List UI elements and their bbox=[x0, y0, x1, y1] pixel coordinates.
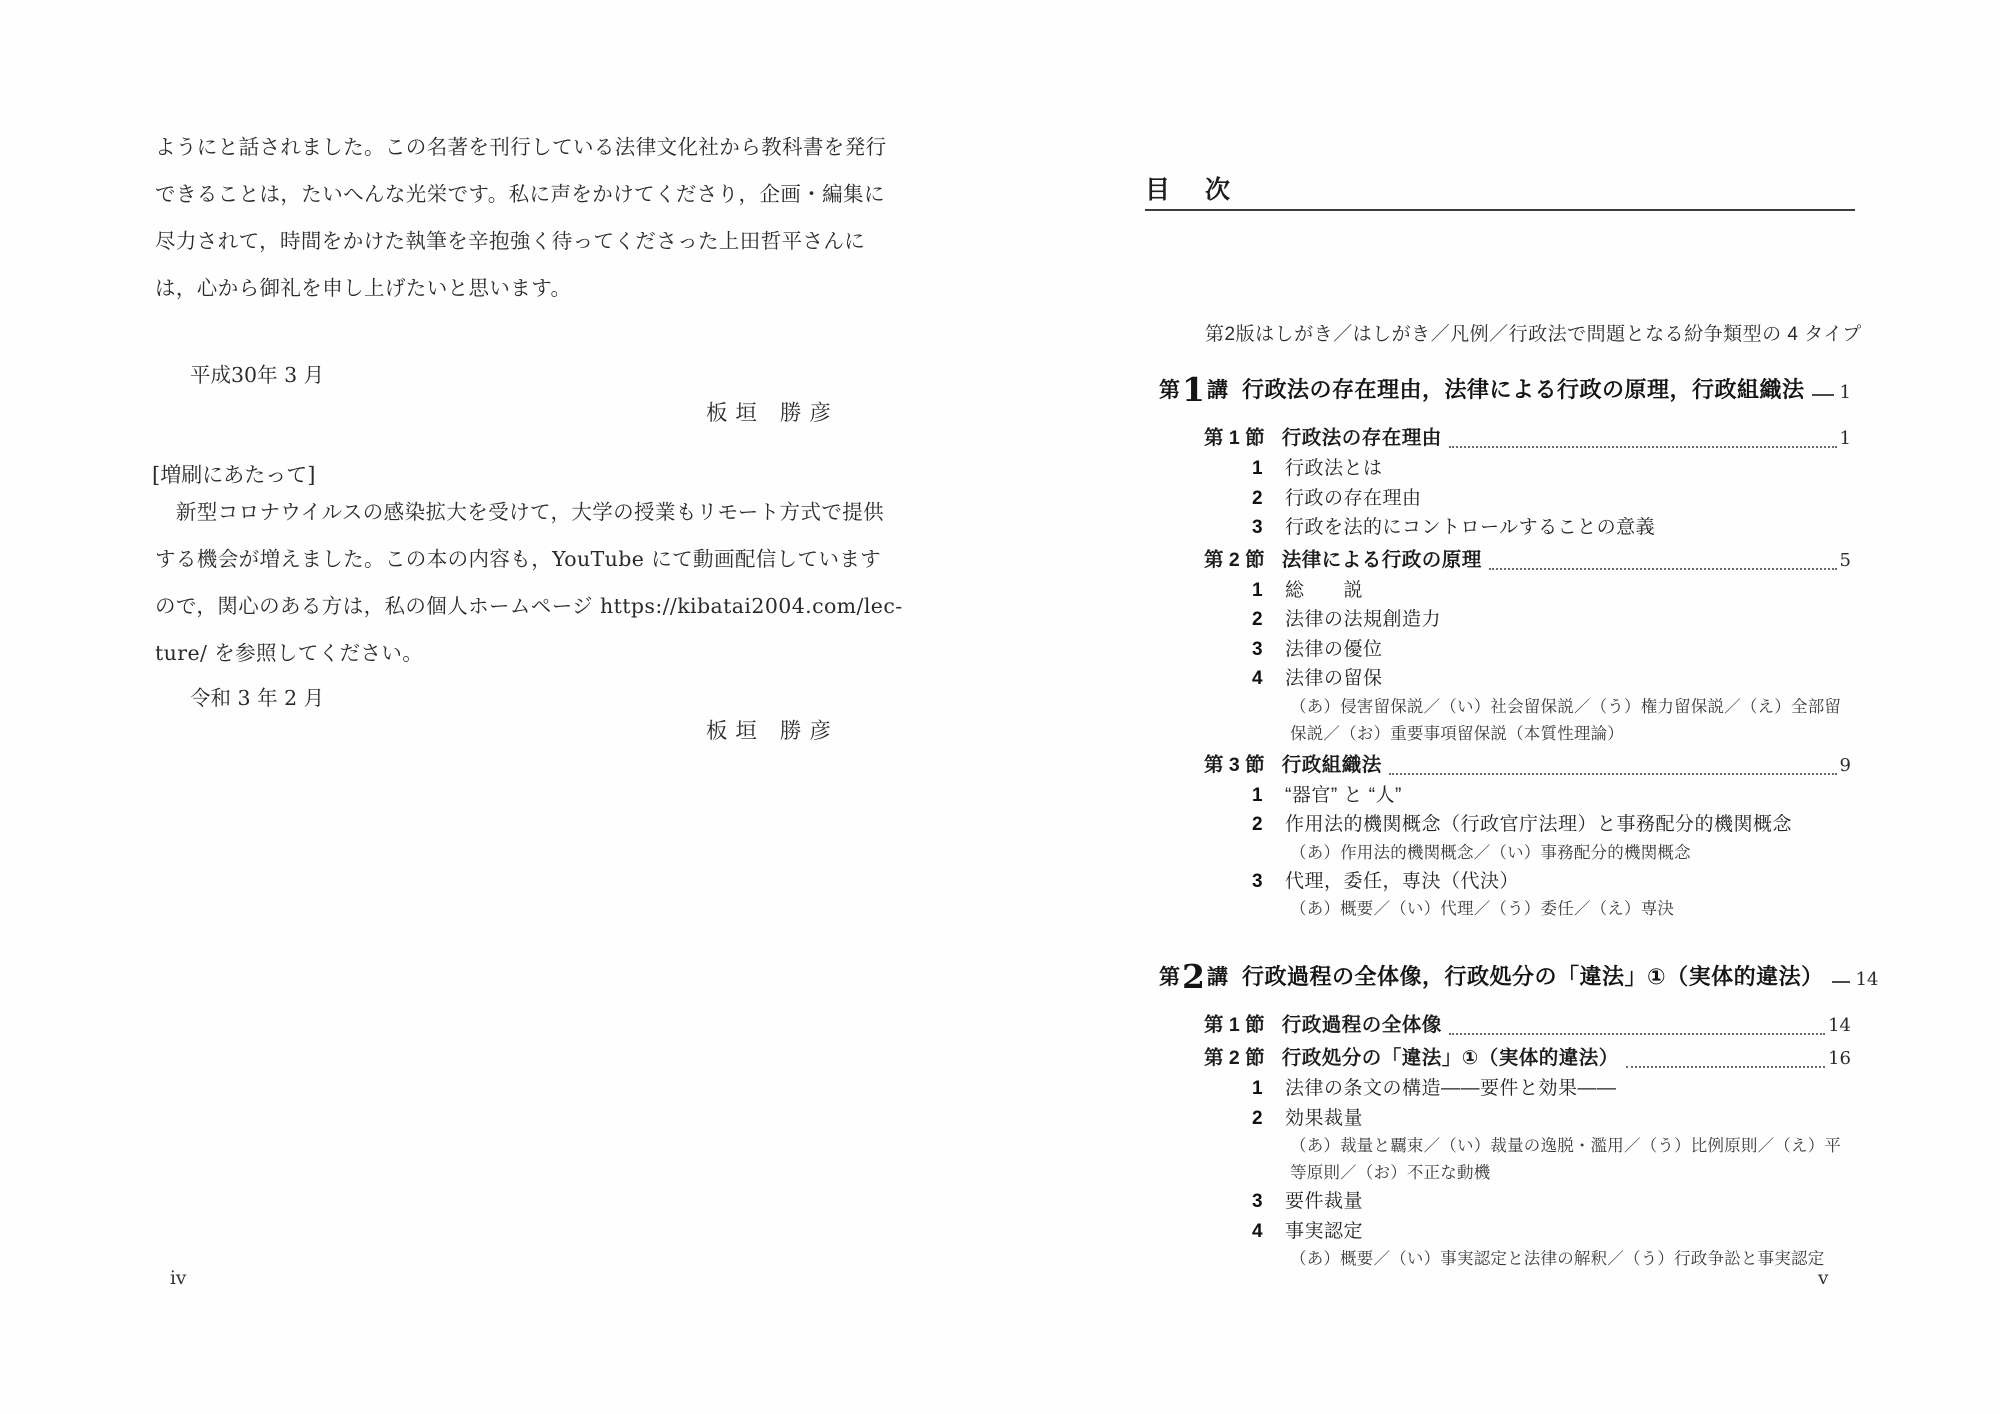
item-number: 3 bbox=[1252, 1187, 1285, 1217]
lecture-label-prefix: 第 bbox=[1159, 378, 1180, 403]
toc-item-row: 4事実認定 bbox=[1252, 1217, 1851, 1247]
item-number: 1 bbox=[1252, 781, 1285, 811]
section-title: 行政法の存在理由 bbox=[1282, 423, 1442, 453]
section-title: 行政組織法 bbox=[1282, 750, 1382, 780]
toc-item-row: 1法律の条文の構造——要件と効果—— bbox=[1252, 1074, 1851, 1104]
lecture-label-suffix: 講 bbox=[1207, 378, 1228, 403]
section-label: 第 2 節 bbox=[1204, 545, 1265, 575]
item-title: 作用法的機関概念（行政官庁法理）と事務配分的機関概念 bbox=[1285, 810, 1792, 840]
item-number: 1 bbox=[1252, 1074, 1285, 1104]
section-label: 第 2 節 bbox=[1204, 1043, 1265, 1073]
item-number: 2 bbox=[1252, 810, 1285, 840]
page-ref: 16 bbox=[1828, 1044, 1851, 1074]
preface-page: ようにと話されました。この名著を刊行している法律文化社から教科書を発行 できるこ… bbox=[0, 0, 1000, 1414]
author-signature-2: 板垣 勝彦 bbox=[706, 714, 839, 745]
dotted-leader bbox=[1449, 446, 1837, 448]
text-line: ture/ を参照してください。 bbox=[155, 630, 890, 677]
toc-note-row: （あ）概要／（い）事実認定と法律の解釈／（う）行政争訟と事実認定 bbox=[1290, 1246, 1851, 1273]
text-line: 新型コロナウイルスの感染拡大を受けて，大学の授業もリモート方式で提供 bbox=[155, 489, 890, 536]
lecture-label-prefix: 第 bbox=[1159, 965, 1180, 990]
page-ref: 9 bbox=[1840, 751, 1851, 781]
toc-item-row: 2作用法的機関概念（行政官庁法理）と事務配分的機関概念 bbox=[1252, 810, 1851, 840]
page-number-right: v bbox=[1818, 1268, 1828, 1289]
text-line: ようにと話されました。この名著を刊行している法律文化社から教科書を発行 bbox=[155, 124, 890, 171]
lecture-title: 行政法の存在理由，法律による行政の原理，行政組織法 bbox=[1242, 377, 1805, 403]
text-line: できることは，たいへんな光栄です。私に声をかけてくださり，企画・編集に bbox=[155, 171, 890, 218]
text-line: ので，関心のある方は，私の個人ホームページ https://kibatai200… bbox=[155, 583, 890, 630]
preface-date-2: 令和 3 年 2 月 bbox=[190, 681, 324, 711]
page-ref: 5 bbox=[1840, 546, 1851, 576]
leader-line bbox=[1832, 981, 1850, 983]
item-title: 行政の存在理由 bbox=[1285, 484, 1422, 514]
lecture-heading: 第1講行政法の存在理由，法律による行政の原理，行政組織法1 bbox=[1159, 376, 1851, 403]
lecture-title: 行政過程の全体像，行政処分の「違法」①（実体的違法） bbox=[1242, 964, 1824, 990]
text-line: 尽力されて，時間をかけた執筆を辛抱強く待ってくださった上田哲平さんに bbox=[155, 218, 890, 265]
item-number: 3 bbox=[1252, 635, 1285, 665]
item-number: 2 bbox=[1252, 1104, 1285, 1134]
toc-note-row: 保説／（お）重要事項留保説（本質性理論） bbox=[1290, 721, 1851, 748]
section-label: 第 1 節 bbox=[1204, 1010, 1265, 1040]
leader-line bbox=[1812, 394, 1833, 396]
toc-item-row: 4法律の留保 bbox=[1252, 664, 1851, 694]
item-number: 4 bbox=[1252, 664, 1285, 694]
toc-item-row: 3代理，委任，専決（代決） bbox=[1252, 867, 1851, 897]
item-title: 行政を法的にコントロールすることの意義 bbox=[1285, 513, 1655, 543]
toc-section-row: 第 2 節行政処分の「違法」①（実体的違法）16 bbox=[1204, 1043, 1851, 1074]
item-number: 1 bbox=[1252, 576, 1285, 606]
toc-item-row: 2行政の存在理由 bbox=[1252, 484, 1851, 514]
item-title: 事実認定 bbox=[1285, 1217, 1363, 1247]
toc-note-row: （あ）概要／（い）代理／（う）委任／（え）専決 bbox=[1290, 896, 1851, 923]
toc-note-row: （あ）裁量と覊束／（い）裁量の逸脱・濫用／（う）比例原則／（え）平 bbox=[1290, 1133, 1851, 1160]
toc-item-row: 2法律の法規創造力 bbox=[1252, 605, 1851, 635]
item-title: 行政法とは bbox=[1285, 454, 1383, 484]
toc-header-rule bbox=[1145, 209, 1855, 211]
toc-item-row: 1“器官” と “人” bbox=[1252, 781, 1851, 811]
lecture-number: 2 bbox=[1180, 963, 1207, 990]
text-line: は，心から御礼を申し上げたいと思います。 bbox=[155, 265, 890, 312]
item-title: 効果裁量 bbox=[1285, 1104, 1363, 1134]
toc-section-row: 第 1 節行政法の存在理由1 bbox=[1204, 423, 1851, 454]
item-number: 4 bbox=[1252, 1217, 1285, 1247]
item-title: 代理，委任，専決（代決） bbox=[1285, 867, 1519, 897]
preface-paragraph-2: 新型コロナウイルスの感染拡大を受けて，大学の授業もリモート方式で提供 する機会が… bbox=[155, 489, 890, 677]
section-label: 第 1 節 bbox=[1204, 423, 1265, 453]
page-number-left: iv bbox=[170, 1268, 186, 1289]
item-title: “器官” と “人” bbox=[1285, 781, 1402, 811]
section-title: 行政処分の「違法」①（実体的違法） bbox=[1282, 1043, 1619, 1073]
item-number: 2 bbox=[1252, 484, 1285, 514]
lecture-label-suffix: 講 bbox=[1207, 965, 1228, 990]
toc-title: 目 次 bbox=[1145, 170, 1235, 206]
toc-item-row: 1行政法とは bbox=[1252, 454, 1851, 484]
toc-note-row: 等原則／（お）不正な動機 bbox=[1290, 1160, 1851, 1187]
page-ref: 1 bbox=[1840, 383, 1851, 403]
item-number: 1 bbox=[1252, 454, 1285, 484]
dotted-leader bbox=[1626, 1066, 1825, 1068]
lecture-heading: 第2講行政過程の全体像，行政処分の「違法」①（実体的違法）14 bbox=[1159, 963, 1851, 990]
lecture-block: 第1講行政法の存在理由，法律による行政の原理，行政組織法1第 1 節行政法の存在… bbox=[1145, 376, 1851, 923]
preface-date-1: 平成30年 3 月 bbox=[190, 358, 324, 388]
reprint-section-label: [増刷にあたって] bbox=[152, 459, 315, 489]
section-label: 第 3 節 bbox=[1204, 750, 1265, 780]
text-line: する機会が増えました。この本の内容も，YouTube にて動画配信しています bbox=[155, 536, 890, 583]
page-ref: 14 bbox=[1828, 1011, 1851, 1041]
page-ref: 14 bbox=[1856, 970, 1879, 990]
item-number: 3 bbox=[1252, 867, 1285, 897]
item-title: 法律の留保 bbox=[1285, 664, 1383, 694]
lecture-number: 1 bbox=[1180, 376, 1207, 403]
item-title: 総 説 bbox=[1285, 576, 1363, 606]
author-signature-1: 板垣 勝彦 bbox=[706, 396, 839, 427]
toc-note-row: （あ）作用法的機関概念／（い）事務配分的機関概念 bbox=[1290, 840, 1851, 867]
toc-section-row: 第 2 節法律による行政の原理5 bbox=[1204, 545, 1851, 576]
toc-note-row: （あ）侵害留保説／（い）社会留保説／（う）権力留保説／（え）全部留 bbox=[1290, 694, 1851, 721]
toc-item-row: 3行政を法的にコントロールすることの意義 bbox=[1252, 513, 1851, 543]
item-number: 2 bbox=[1252, 605, 1285, 635]
section-title: 法律による行政の原理 bbox=[1282, 545, 1482, 575]
dotted-leader bbox=[1449, 1033, 1825, 1035]
item-number: 3 bbox=[1252, 513, 1285, 543]
toc-item-row: 3要件裁量 bbox=[1252, 1187, 1851, 1217]
toc-section-row: 第 3 節行政組織法9 bbox=[1204, 750, 1851, 781]
section-title: 行政過程の全体像 bbox=[1282, 1010, 1442, 1040]
item-title: 法律の条文の構造——要件と効果—— bbox=[1285, 1074, 1617, 1104]
dotted-leader bbox=[1489, 568, 1837, 570]
toc-page: 目 次 第2版はしがき／はしがき／凡例／行政法で問題となる紛争類型の 4 タイプ… bbox=[1000, 0, 2000, 1414]
toc-entries: 第1講行政法の存在理由，法律による行政の原理，行政組織法1第 1 節行政法の存在… bbox=[1145, 376, 1851, 1273]
dotted-leader bbox=[1389, 773, 1837, 775]
item-title: 要件裁量 bbox=[1285, 1187, 1363, 1217]
preface-paragraph-1: ようにと話されました。この名著を刊行している法律文化社から教科書を発行 できるこ… bbox=[155, 124, 890, 312]
toc-section-row: 第 1 節行政過程の全体像14 bbox=[1204, 1010, 1851, 1041]
front-matter-line: 第2版はしがき／はしがき／凡例／行政法で問題となる紛争類型の 4 タイプ bbox=[1205, 319, 1862, 346]
item-title: 法律の法規創造力 bbox=[1285, 605, 1441, 635]
lecture-block: 第2講行政過程の全体像，行政処分の「違法」①（実体的違法）14第 1 節行政過程… bbox=[1145, 963, 1851, 1273]
toc-item-row: 1総 説 bbox=[1252, 576, 1851, 606]
item-title: 法律の優位 bbox=[1285, 635, 1383, 665]
toc-item-row: 2効果裁量 bbox=[1252, 1104, 1851, 1134]
page-ref: 1 bbox=[1840, 424, 1851, 454]
toc-item-row: 3法律の優位 bbox=[1252, 635, 1851, 665]
